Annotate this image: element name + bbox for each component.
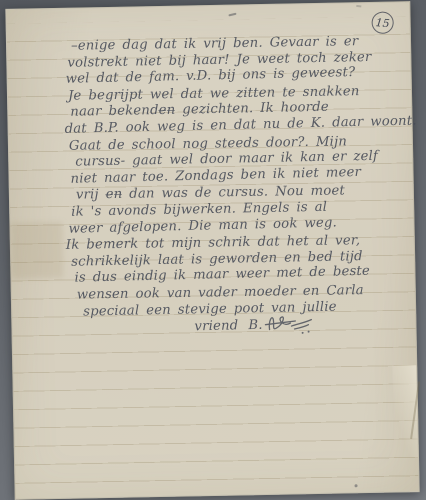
signature-flourish	[264, 312, 317, 337]
page-number: 15	[375, 17, 390, 29]
letter-body: –enige dag dat ik vrij ben. Gevaar is er…	[57, 32, 410, 337]
signature: B.	[248, 312, 317, 338]
closing-line: vriend B.	[194, 313, 409, 335]
paper-speck	[356, 5, 361, 7]
scanned-letter-page: 15 –enige dag dat ik vrij ben. Gevaar is…	[5, 1, 419, 500]
signature-initial: B.	[248, 318, 263, 333]
ink-smudge	[228, 13, 236, 17]
paper-speck	[355, 484, 358, 487]
tape-stain	[10, 222, 63, 279]
closing-word: vriend	[194, 318, 238, 334]
page-number-badge: 15	[371, 11, 395, 35]
